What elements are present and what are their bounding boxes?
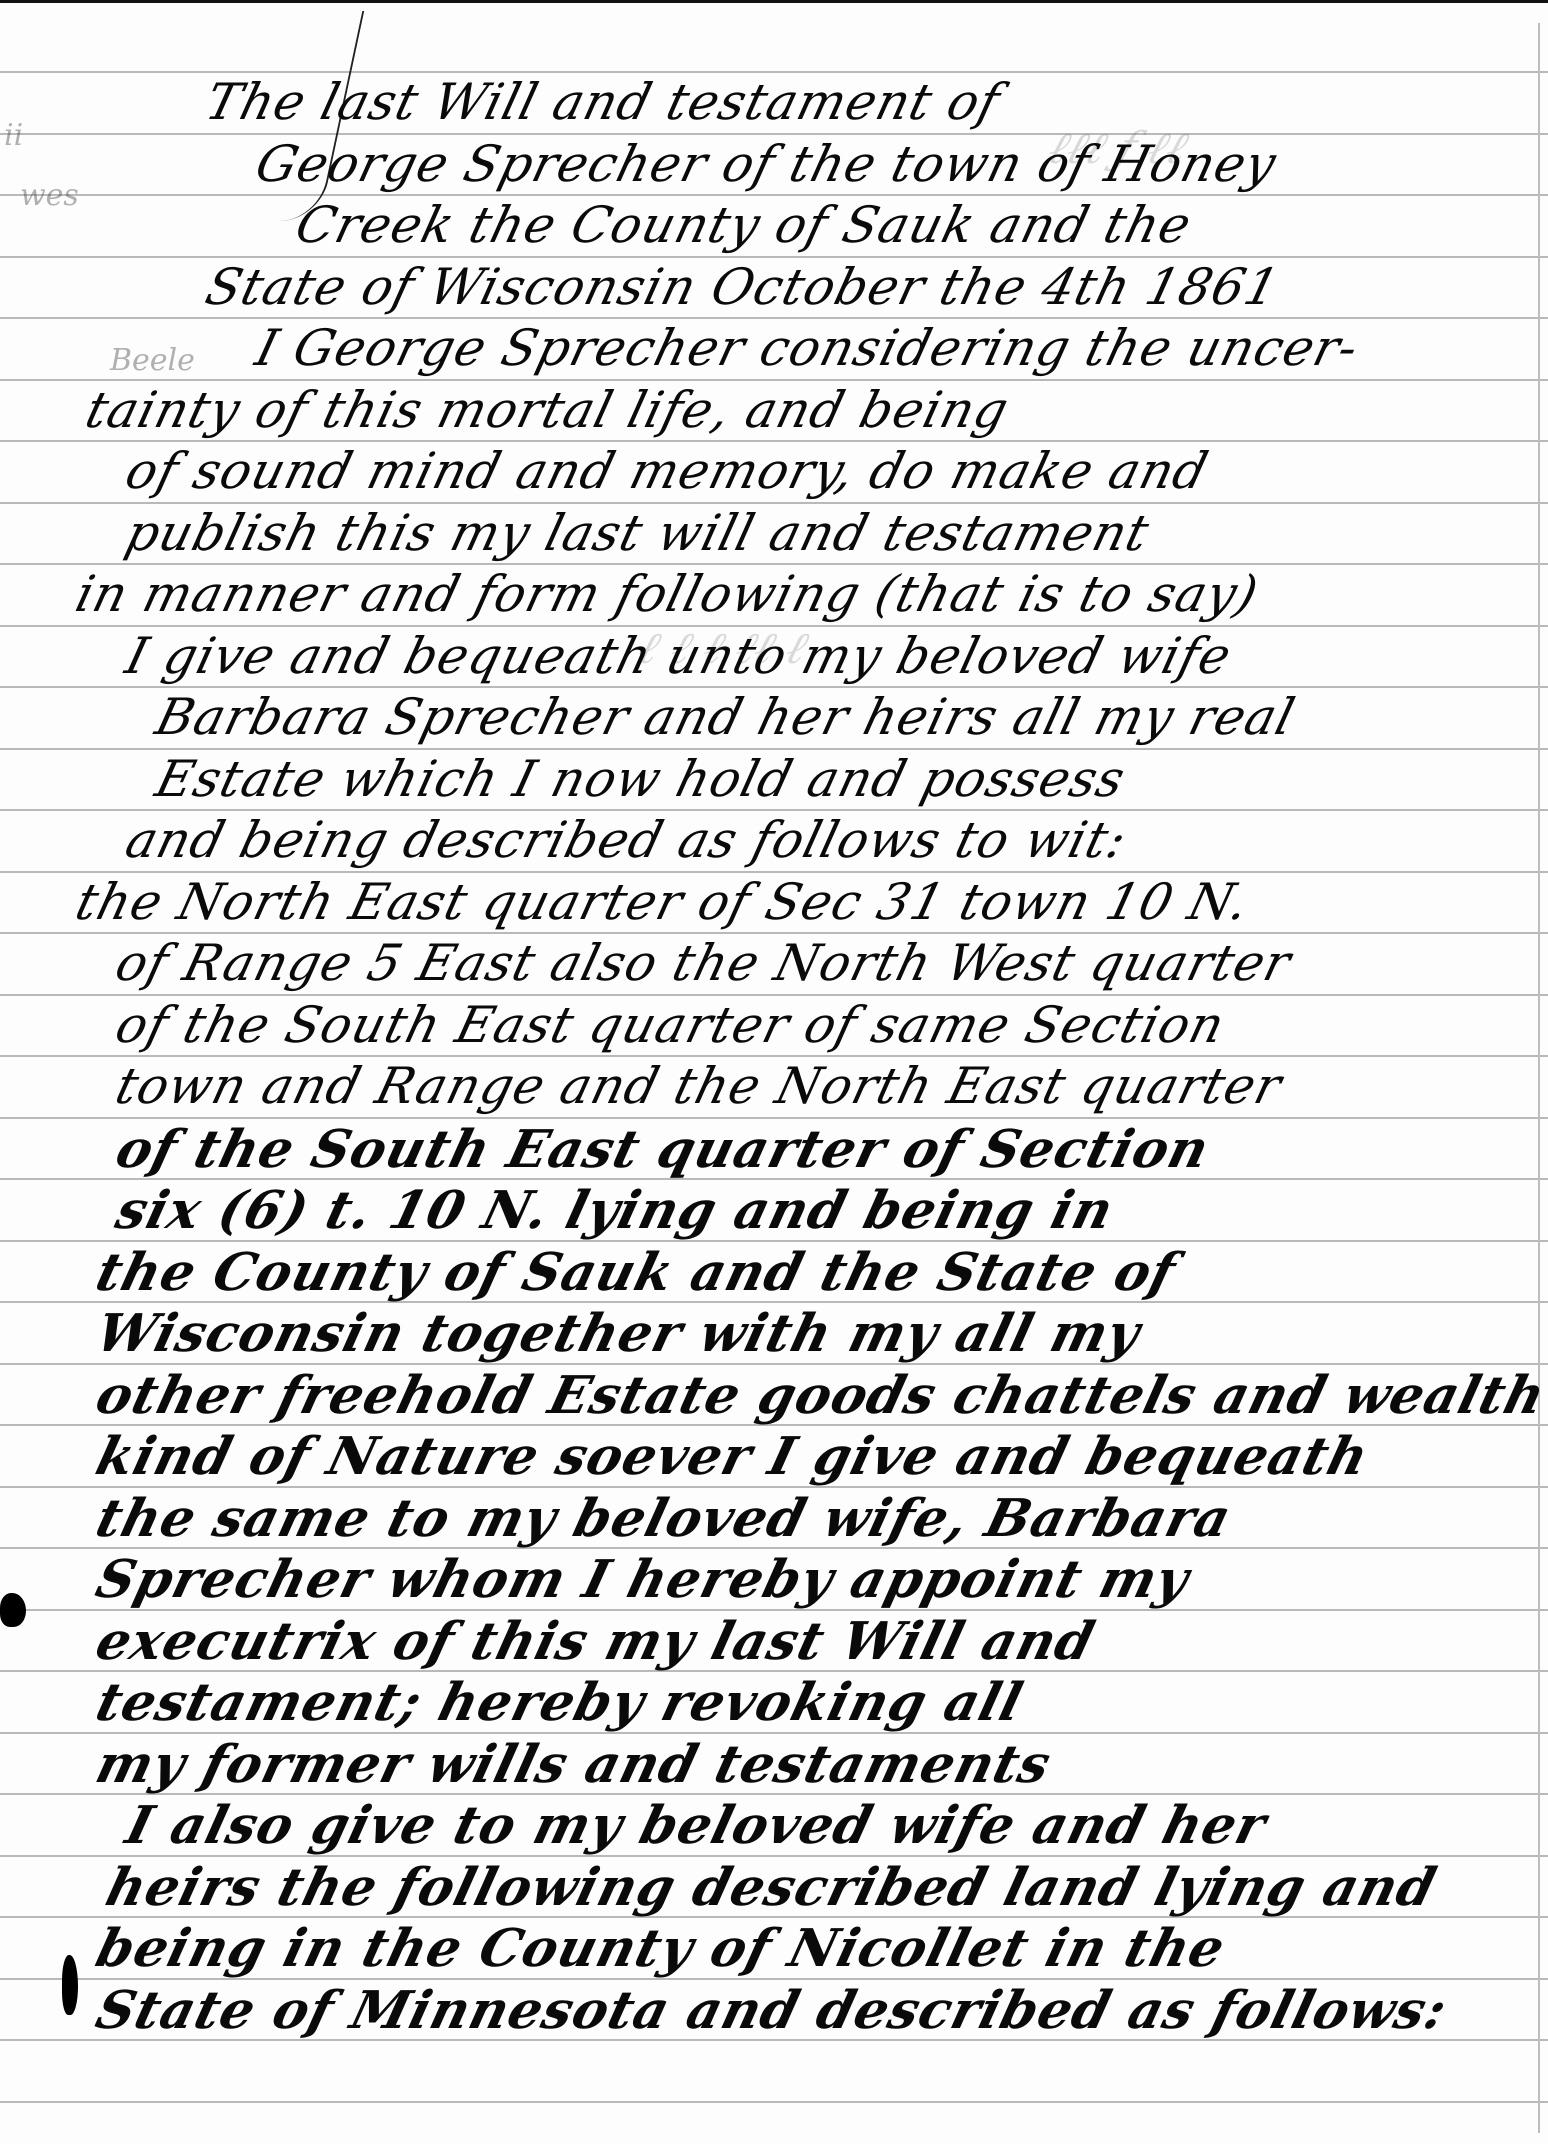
handwritten-line: tainty of this mortal life, and being [80,381,1015,439]
ink-blot [62,1955,78,2015]
margin-mark: wes [20,178,79,213]
handwritten-line: George Sprecher of the town of Honey [250,135,1282,193]
margin-mark: ii [4,118,23,153]
handwritten-line: Sprecher whom I hereby appoint my [90,1549,1196,1610]
handwritten-line: testament; hereby revoking all [90,1672,1029,1733]
handwritten-line: town and Range and the North East quarte… [110,1057,1288,1115]
handwritten-line: Creek the County of Sauk and the [290,196,1198,254]
handwritten-line: of Range 5 East also the North West quar… [110,934,1297,992]
handwritten-line: kind of Nature soever I give and bequeat… [90,1426,1375,1487]
handwritten-line: of the South East quarter of same Sectio… [110,996,1231,1054]
margin-mark: Beele [110,343,195,378]
handwritten-line: in manner and form following (that is to… [70,565,1264,623]
handwritten-line: I George Sprecher considering the uncer- [250,319,1365,377]
handwritten-line: State of Wisconsin October the 4th 1861 [200,258,1286,316]
handwritten-line: Estate which I now hold and possess [150,750,1131,808]
handwritten-line: I also give to my beloved wife and her [120,1795,1273,1856]
handwritten-line: of sound mind and memory, do make and [120,442,1214,500]
manuscript-page: ℓℓℓ ƒ ℓℓ ℓ ℓ ℓ ℓℓ ℓ ii wes Beele The las… [0,0,1548,2144]
ink-blot [0,1593,26,1627]
handwritten-line: Barbara Sprecher and her heirs all my re… [150,688,1301,746]
handwritten-line: other freehold Estate goods chattels and… [90,1365,1548,1426]
handwritten-line: of the South East quarter of Section [110,1119,1216,1180]
handwritten-line: the same to my beloved wife, Barbara [90,1488,1238,1549]
handwritten-line: my former wills and testaments [90,1734,1057,1795]
handwritten-line: heirs the following described land lying… [100,1857,1443,1918]
handwritten-line: the North East quarter of Sec 31 town 10… [70,873,1255,931]
handwritten-line: being in the County of Nicollet in the [90,1918,1231,1979]
handwritten-line: publish this my last will and testament [120,504,1155,562]
handwritten-line: Wisconsin together with my all my [90,1303,1147,1364]
handwritten-line: six (6) t. 10 N. lying and being in [110,1180,1120,1241]
handwritten-line: executrix of this my last Will and [90,1611,1101,1672]
handwritten-line: State of Minnesota and described as foll… [90,1980,1454,2041]
page-edge [1538,23,1540,2133]
handwritten-line: I give and bequeath unto my beloved wife [120,627,1238,685]
handwritten-line: and being described as follows to wit: [120,811,1133,869]
ruled-line [0,2101,1548,2103]
handwritten-line: The last Will and testament of [200,73,1006,131]
handwritten-line: the County of Sauk and the State of [90,1242,1182,1303]
